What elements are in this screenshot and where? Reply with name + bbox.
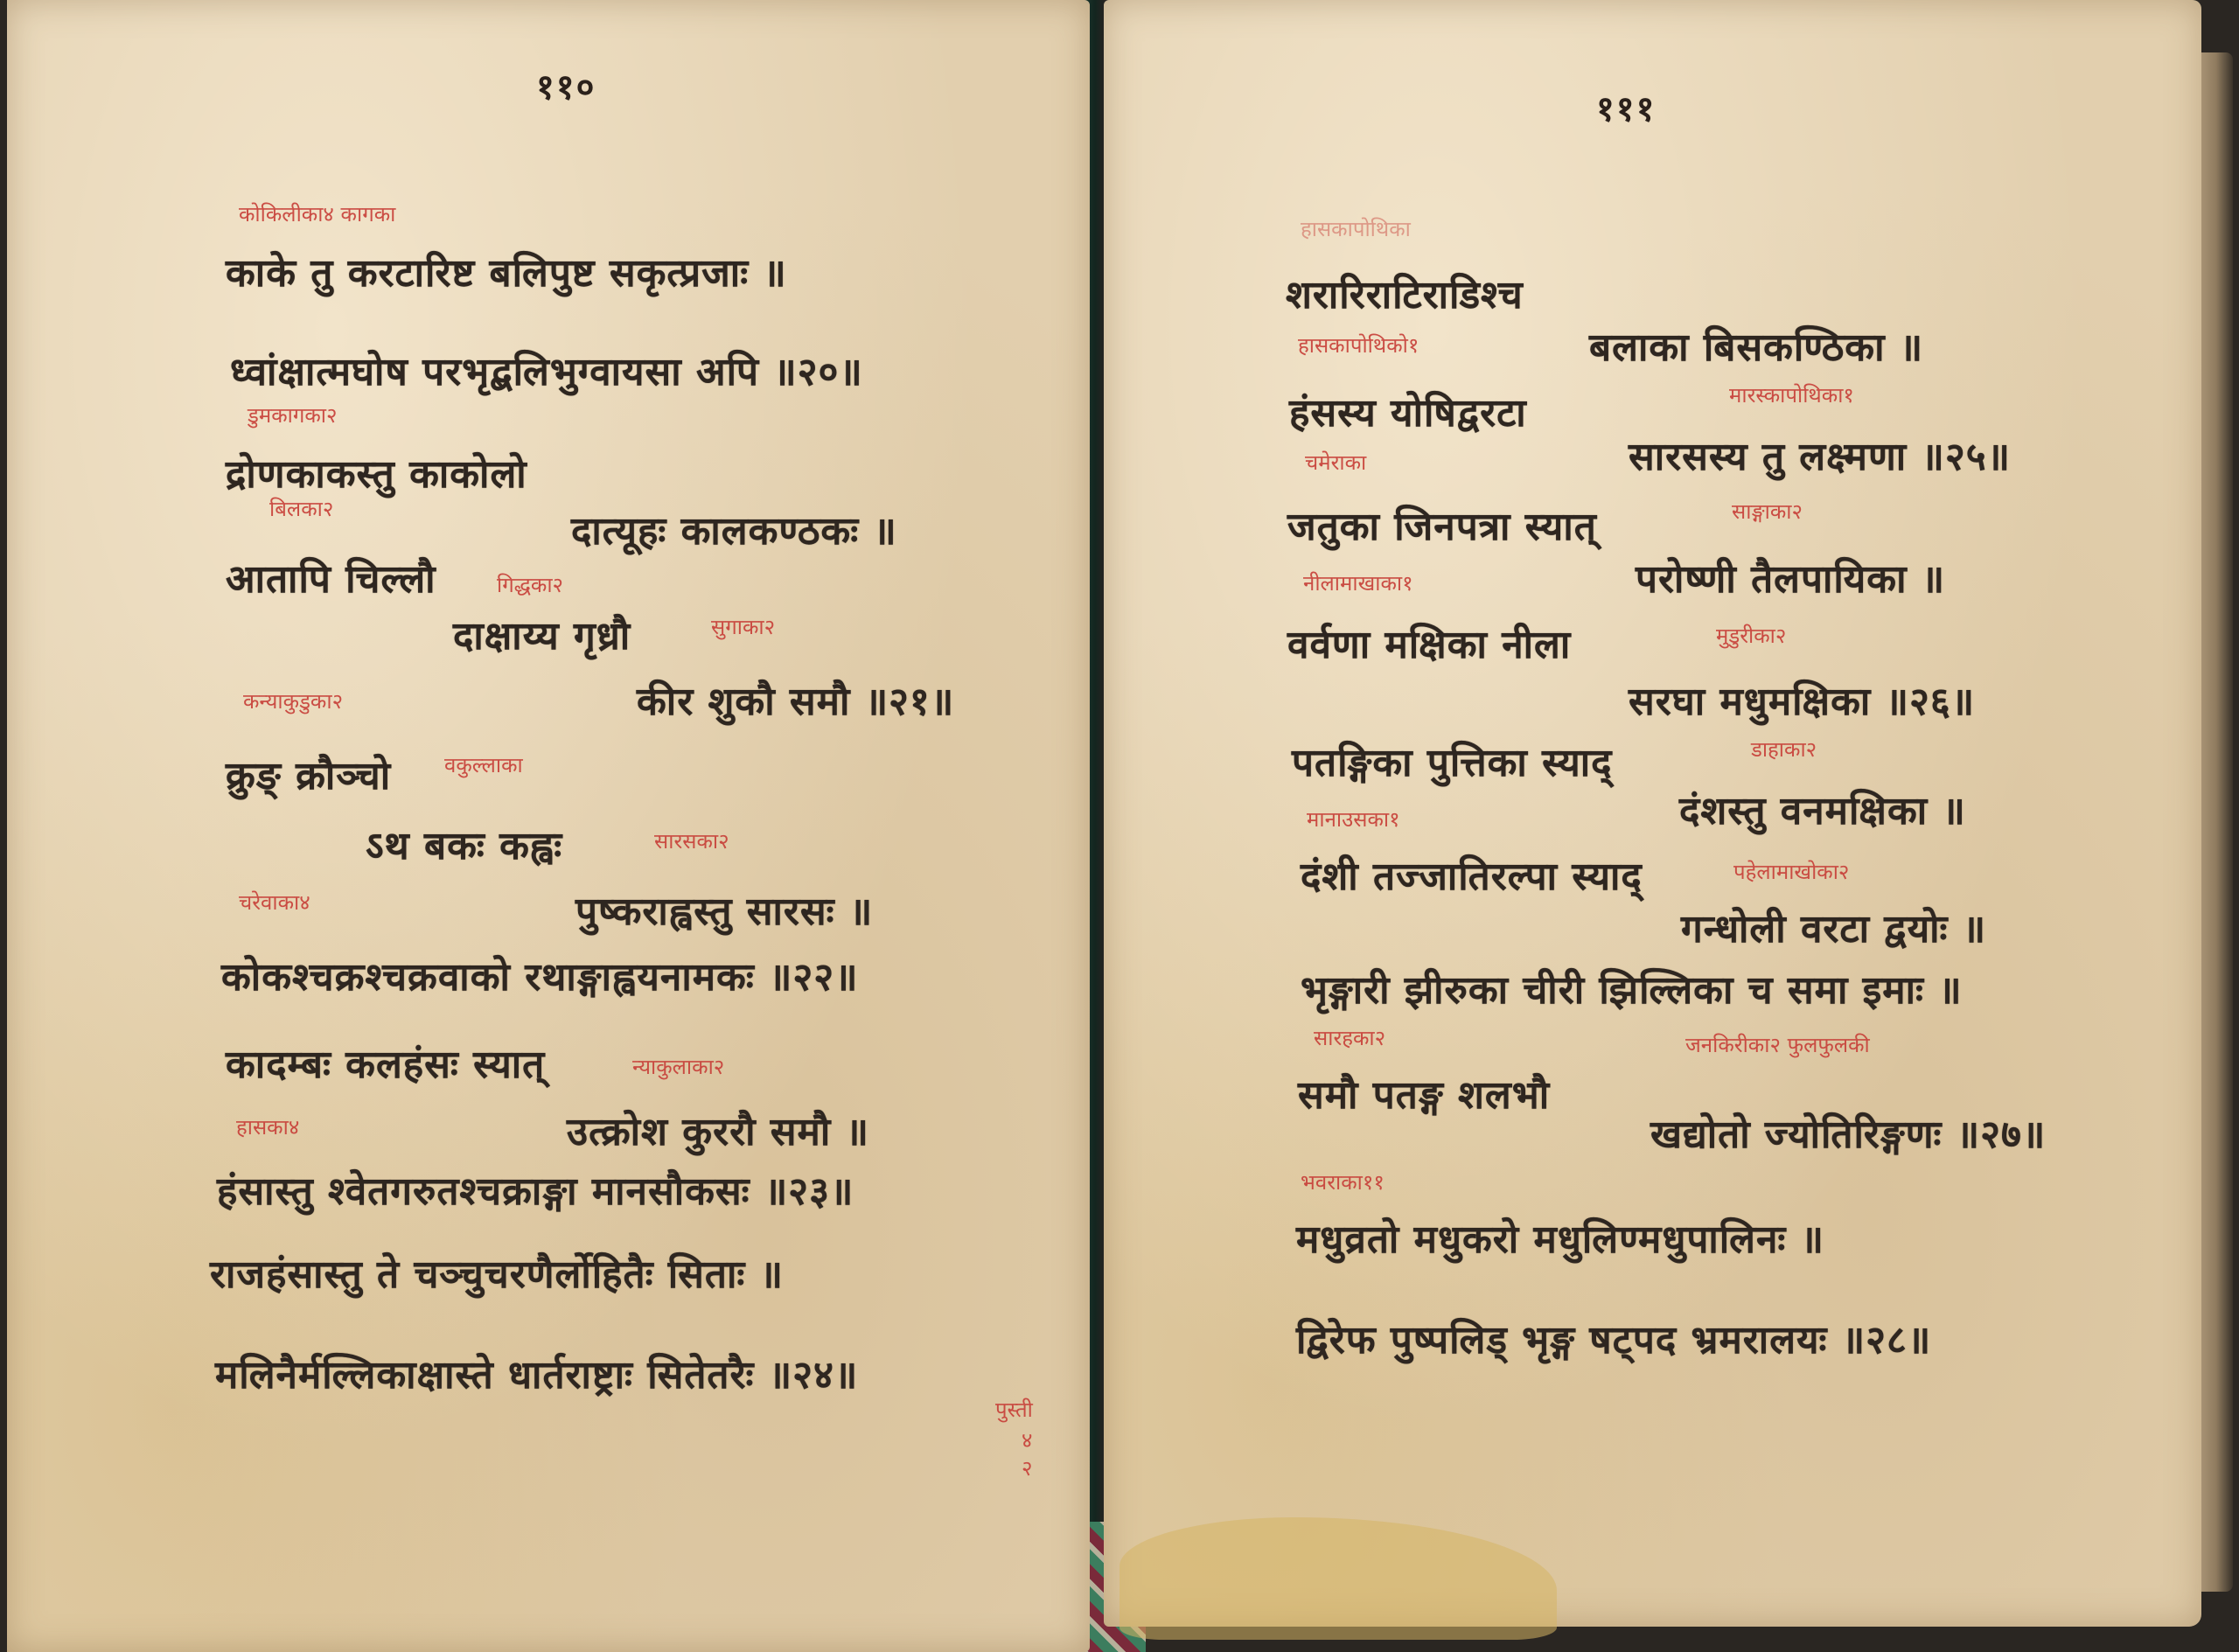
verse-line: द्रोणकाकस्तु काकोलो [226, 446, 527, 498]
verse-line: क्रुङ् क्रौञ्चो [226, 748, 391, 800]
verse-line: मधुव्रतो मधुकरो मधुलिण्मधुपालिनः ॥ [1296, 1211, 1824, 1264]
gloss-note: हासका४ [236, 1112, 299, 1141]
verse-line: गन्धोली वरटा द्वयोः ॥ [1681, 901, 1986, 953]
verse-line: काके तु करटारिष्ट बलिपुष्ट सकृत्प्रजाः ॥ [226, 245, 787, 297]
verse-line: पतङ्गिका पुत्तिका स्याद् [1292, 735, 1613, 787]
left-page: ११० कोकिलीका४ कागका काके तु करटारिष्ट बल… [7, 0, 1090, 1652]
verse-line: बलाका बिसकण्ठिका ॥ [1589, 319, 1923, 372]
gloss-note: मुडुरीका२ [1716, 621, 1786, 650]
verse-line: समौ पतङ्ग शलभौ [1298, 1067, 1550, 1119]
gloss-note: सारहका२ [1314, 1023, 1385, 1052]
margin-note-sub: ४ [1022, 1425, 1032, 1454]
gloss-note: गिद्धका२ [497, 570, 563, 599]
gloss-note: कन्याकुडुका२ [243, 687, 343, 715]
verse-line: उत्क्रोश कुररौ समौ ॥ [567, 1104, 869, 1156]
verse-line: ऽथ बकः कह्वः [366, 818, 562, 870]
gloss-note: जनकिरीका२ फुलफुलकी [1685, 1030, 1870, 1059]
gloss-note: नीलामाखाका१ [1303, 568, 1413, 597]
gloss-note: बिलका२ [269, 494, 333, 523]
verse-line: हंसस्य योषिद्वरटा [1289, 385, 1527, 437]
gloss-note: डाहाका२ [1751, 735, 1817, 763]
gloss-note: मानाउसका१ [1307, 805, 1400, 833]
gloss-note: हासकापोथिको१ [1298, 331, 1419, 359]
verse-line: पुष्कराह्वस्तु सारसः ॥ [575, 883, 873, 936]
verse-line: कादम्बः कलहंसः स्यात् [226, 1036, 545, 1089]
gloss-note: हासकापोथिका [1301, 214, 1411, 243]
verse-line: दंशस्तु वनमक्षिका ॥ [1679, 783, 1966, 835]
page-number: ११० [536, 61, 596, 109]
gloss-note: सुगाका२ [711, 612, 775, 641]
gloss-note: चरेवाका४ [239, 888, 310, 917]
verse-line: दंशी तज्जातिरल्पा स्याद् [1301, 848, 1643, 901]
verse-line: सारसस्य तु लक्ष्मणा ॥२५॥ [1629, 429, 2011, 481]
verse-line: हंसास्तु श्वेतगरुतश्चक्राङ्गा मानसौकसः ॥… [217, 1163, 854, 1216]
verse-line: राजहंसास्तु ते चञ्चुचरणैर्लोहितैः सिताः … [210, 1246, 784, 1299]
verse-line: कीर शुकौ समौ ॥२१॥ [637, 673, 954, 726]
verse-line: खद्योतो ज्योतिरिङ्गणः ॥२७॥ [1650, 1106, 2046, 1159]
gloss-note: कोकिलीका४ कागका [239, 199, 395, 228]
gloss-note: साङ्गाका२ [1732, 497, 1803, 526]
verse-line: द्विरेफ पुष्पलिड् भृङ्ग षट्पद भ्रमरालयः … [1296, 1312, 1931, 1364]
verse-line: वर्वणा मक्षिका नीला [1287, 617, 1571, 669]
page-number: १११ [1596, 83, 1656, 131]
water-stain [1119, 1517, 1557, 1640]
gloss-note: पहेलामाखोका२ [1733, 857, 1849, 886]
verse-line: सरघा मधुमक्षिका ॥२६॥ [1629, 673, 1975, 726]
gloss-note: मारस्कापोथिका१ [1729, 380, 1854, 409]
verse-line: आतापि चिल्लौ [226, 551, 436, 603]
verse-line: मलिनैर्मल्लिकाक्षास्ते धार्तराष्ट्राः सि… [215, 1347, 858, 1399]
gloss-note: चमेराका [1305, 448, 1366, 477]
gloss-note: भवराका११ [1301, 1168, 1385, 1196]
verse-line: जतुका जिनपत्रा स्यात् [1287, 498, 1597, 551]
verse-line: शरारिराटिराडिश्च [1286, 267, 1524, 319]
gloss-note: डुमकागका२ [248, 401, 337, 429]
verse-line: दाक्षाय्य गृध्रौ [453, 608, 631, 660]
verse-line: दात्यूहः कालकण्ठकः ॥ [571, 503, 897, 555]
margin-note-sub: २ [1022, 1453, 1032, 1482]
gloss-note: वकुल्लाका [444, 750, 523, 779]
verse-line: भृङ्गारी झीरुका चीरी झिल्लिका च समा इमाः… [1301, 962, 1963, 1014]
verse-line: परोष्णी तैलपायिका ॥ [1636, 551, 1945, 603]
right-page: १११ हासकापोथिका शरारिराटिराडिश्च हासकापो… [1104, 0, 2201, 1627]
verse-line: ध्वांक्षात्मघोष परभृद्बलिभुग्वायसा अपि ॥… [230, 344, 863, 396]
gloss-note: सारसका२ [654, 826, 729, 855]
margin-note: पुस्ती [995, 1395, 1033, 1424]
gloss-note: न्याकुलाका२ [632, 1052, 724, 1081]
verse-line: कोकश्चक्रश्चक्रवाको रथाङ्गाह्वयनामकः ॥२२… [221, 949, 859, 1001]
